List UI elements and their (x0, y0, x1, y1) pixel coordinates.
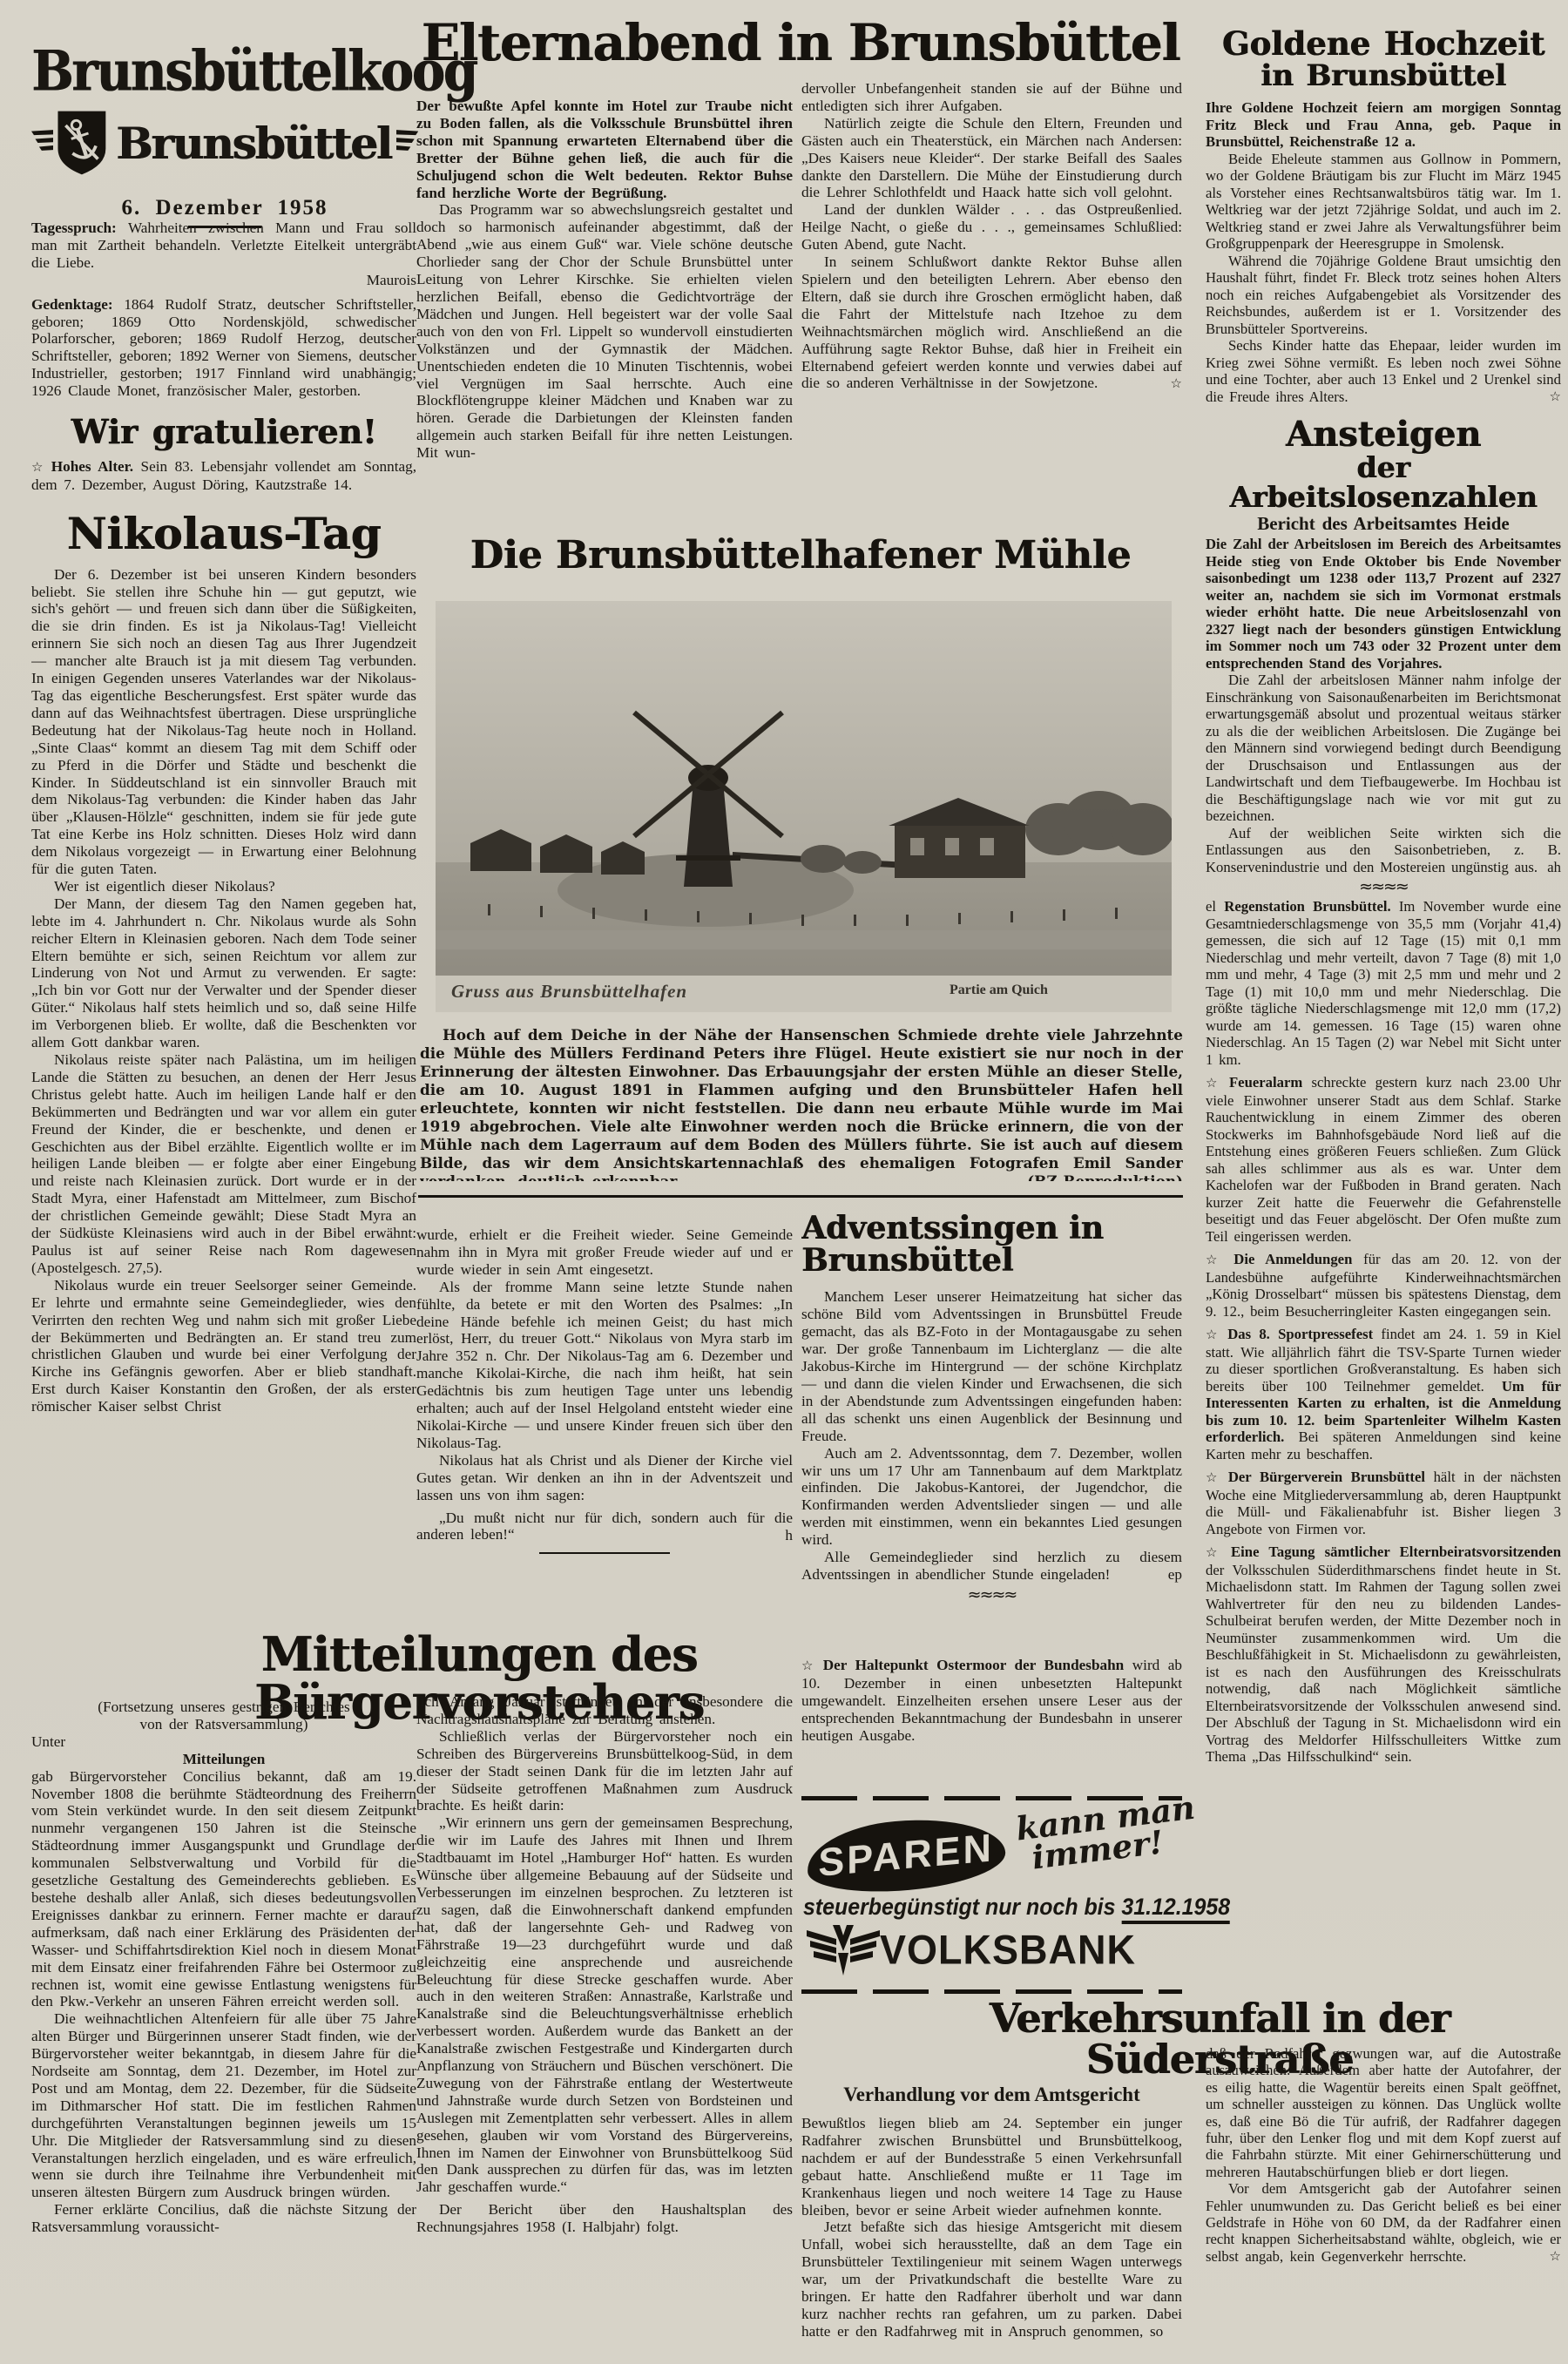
nikolaus-paragraph: Nikolaus reiste später nach Palästina, u… (31, 1051, 416, 1277)
speed-lines-right-icon (396, 124, 418, 162)
star-icon: ☆ (1206, 1252, 1222, 1267)
mitteilungen-paragraph: gab Bürgervorsteher Concilius bekannt, d… (31, 1768, 416, 2011)
verkehrsunfall-paragraph: daß der Radfahrer gezwungen war, auf die… (1206, 2045, 1561, 2180)
anmeldungen-item: ☆ Die Anmeldungen für das am 20. 12. von… (1206, 1251, 1561, 1320)
gedenktage-paragraph: Gedenktage: 1864 Rudolf Stratz, deutsche… (31, 296, 416, 400)
star-icon: ☆ (1206, 1469, 1220, 1485)
goldene-hochzeit-headline-line2: in Brunsbüttel (1206, 61, 1561, 91)
arbeitslose-paragraph: Die Zahl der arbeitslosen Männer nahm in… (1206, 672, 1561, 825)
sportpressefest-lead: Das 8. Sportpressefest (1227, 1326, 1381, 1342)
buergerverein-item: ☆ Der Bürgerverein Brunsbüttel hält in d… (1206, 1469, 1561, 1537)
nikolaus-paragraph: Nikolaus wurde ein treuer Seelsorger sei… (31, 1277, 416, 1415)
mitteilungen-paragraph: Ferner erklärte Concilius, daß die nächs… (31, 2201, 416, 2236)
mitteilungen-note-line2: von der Ratsversammlung) (31, 1716, 416, 1733)
mitteilungen-subhead: Mitteilungen (31, 1751, 416, 1768)
mitteilungen-paragraph: lich Anfang Januar stattfindet, in der i… (416, 1693, 793, 1728)
adventssingen-paragraph: Manchem Leser unserer Heimatzeitung hat … (801, 1288, 1182, 1444)
feueralarm-text: schreckte gestern kurz nach 23.00 Uhr vi… (1206, 1074, 1561, 1245)
nikolaus-paragraph: Als der fromme Mann seine letzte Stunde … (416, 1279, 793, 1452)
star-icon: ☆ (31, 459, 44, 475)
regenstation-prefix: el (1206, 898, 1224, 915)
photo-caption-block: Hoch auf dem Deiche in der Nähe der Hans… (420, 1026, 1183, 1181)
article-end-rule (539, 1552, 670, 1554)
elternabend-paragraph: Das Programm war so abwechslungsreich ge… (416, 201, 793, 462)
ad-subline: steuerbegünstigt nur noch bis 31.12.1958 (803, 1894, 1160, 1921)
elternabend-column-1: Der bewußte Apfel konnte im Hotel zur Tr… (416, 98, 793, 544)
arbeitslose-headline-line2: der Arbeitslosenzahlen (1206, 453, 1561, 511)
buergerverein-lead: Der Bürgerverein Brunsbüttel (1228, 1469, 1434, 1485)
right-column: Goldene Hochzeit in Brunsbüttel Ihre Gol… (1206, 28, 1561, 1989)
nikolaus-paragraph: Der 6. Dezember ist bei unseren Kindern … (31, 566, 416, 878)
regenstation-item: el Regenstation Brunsbüttel. Im November… (1206, 898, 1561, 1068)
squiggle-divider-icon: ≈≈≈≈ (1206, 880, 1561, 894)
feueralarm-lead: Feueralarm (1229, 1074, 1311, 1091)
nikolaus-paragraph: Der Mann, der diesem Tag den Namen gegeb… (31, 895, 416, 1051)
sportpressefest-item: ☆ Das 8. Sportpressefest findet am 24. 1… (1206, 1326, 1561, 1462)
verkehrsunfall-column-2: daß der Radfahrer gezwungen war, auf die… (1206, 2045, 1561, 2364)
goldene-paragraph: Während die 70jährige Goldene Braut umsi… (1206, 253, 1561, 338)
ad-script-text: kann man immer! (1015, 1793, 1200, 1875)
coat-of-arms-shield-icon (57, 98, 107, 187)
volksbank-logo-row: VOLKSBANK (807, 1925, 1136, 1976)
mitteilungen-paragraph: Schließlich verlas der Bürgervorsteher n… (416, 1728, 793, 1815)
nikolaus-continuation-column: wurde, erhielt er die Freiheit wieder. S… (416, 1226, 793, 1611)
ad-bottom-rule (801, 1989, 1182, 1994)
section-rule (418, 1195, 1183, 1198)
nikolaus-paragraph: wurde, erhielt er die Freiheit wieder. S… (416, 1226, 793, 1279)
star-icon: ☆ (1206, 1544, 1221, 1560)
photo-caption-left: Gruss aus Brunsbüttelhafen (451, 981, 687, 1003)
squiggle-divider-icon: ≈≈≈≈ (801, 1588, 1182, 1602)
elternabend-paragraph: dervoller Unbefangenheit standen sie auf… (801, 80, 1182, 115)
masthead-title-line1: Brunsbüttelkoog (31, 38, 418, 104)
feueralarm-item: ☆ Feueralarm schreckte gestern kurz nach… (1206, 1074, 1561, 1245)
hohes-alter-item: ☆ Hohes Alter. Sein 83. Lebensjahr volle… (31, 458, 416, 494)
elternabend-headline: Elternabend in Brunsbüttel (418, 17, 1183, 69)
speed-lines-left-icon (31, 124, 53, 162)
sparen-blob: SPAREN (804, 1812, 1008, 1899)
mitteilungen-note-line1: (Fortsetzung unseres gestrigen Berichtes (31, 1699, 416, 1716)
masthead: Brunsbüttelkoog Brunsbüttel 6. Dezember (31, 38, 418, 228)
star-icon: ☆ (1206, 1327, 1220, 1342)
windmill-photo-illustration (436, 601, 1172, 1012)
tagesspruch-attribution: Maurois (31, 272, 416, 289)
nikolaus-paragraph: Wer ist eigentlich dieser Nikolaus? (31, 878, 416, 895)
gratulieren-headline: Wir gratulieren! (31, 415, 416, 449)
gedenktage-label: Gedenktage: (31, 296, 124, 313)
adventssingen-paragraph: Auch am 2. Adventssonntag, dem 7. Dezemb… (801, 1445, 1182, 1549)
windmill-photo: Gruss aus Brunsbüttelhafen Partie am Qui… (436, 601, 1172, 1012)
regenstation-text: Im November wurde eine Gesamtniederschla… (1206, 898, 1561, 1068)
goldene-hochzeit-headline-line1: Goldene Hochzeit (1206, 28, 1561, 61)
verkehrsunfall-paragraph: Jetzt befaßte sich das hiesige Amtsgeric… (801, 2219, 1182, 2340)
elternabend-column-2: dervoller Unbefangenheit standen sie auf… (801, 80, 1182, 544)
photo-caption-right: Partie am Quich (950, 983, 1048, 998)
tagung-text: der Volksschulen Süderdithmarschens find… (1206, 1562, 1561, 1766)
elternabend-paragraph: Natürlich zeigte die Schule den Eltern, … (801, 115, 1182, 202)
star-icon: ☆ (1206, 1075, 1220, 1091)
verkehrsunfall-column-1: Bewußtlos liegen blieb am 24. September … (801, 2115, 1182, 2364)
mitteilungen-paragraph: „Wir erinnern uns gern der gemeinsamen B… (416, 1814, 793, 2196)
nikolaus-paragraph: Nikolaus hat als Christ und als Diener d… (416, 1452, 793, 1504)
volksbank-eagle-icon (807, 1925, 880, 1976)
tagesspruch-paragraph: Tagesspruch: Wahrheiten zwischen Mann un… (31, 220, 416, 272)
arbeitslose-headline-line1: Ansteigen (1206, 417, 1561, 453)
tagesspruch-label: Tagesspruch: (31, 220, 128, 236)
mitteilungen-column-1: (Fortsetzung unseres gestrigen Berichtes… (31, 1699, 416, 2364)
mitteilungen-paragraph: Die weihnachtlichen Altenfeiern für alle… (31, 2010, 416, 2201)
photo-caption-text: Hoch auf dem Deiche in der Nähe der Hans… (420, 1026, 1183, 1181)
issue-date: 6. Dezember 1958 (31, 196, 418, 220)
elternabend-lead: Der bewußte Apfel konnte im Hotel zur Tr… (416, 98, 793, 201)
arbeitslose-lead: Die Zahl der Arbeitslosen im Bereich des… (1206, 536, 1561, 672)
masthead-title-line2: Brunsbüttel (116, 118, 391, 169)
arbeitslose-paragraph: Auf der weiblichen Seite wirkten sich di… (1206, 825, 1561, 876)
volksbank-advertisement: SPAREN kann man immer! steuerbegünstigt … (801, 1807, 1182, 1985)
muehle-headline: Die Brunsbüttelhafener Mühle (418, 537, 1183, 576)
mitteilungen-unter: Unter (31, 1733, 416, 1751)
adventssingen-headline: Adventssingen in Brunsbüttel (801, 1212, 1182, 1276)
goldene-paragraph: Beide Eheleute stammen aus Gollnow in Po… (1206, 151, 1561, 253)
hohes-alter-lead: Hohes Alter. (51, 458, 141, 475)
newspaper-page: Brunsbüttelkoog Brunsbüttel 6. Dezember (0, 0, 1568, 2364)
arbeitslose-subhead: Bericht des Arbeitsamtes Heide (1206, 516, 1561, 533)
mitteilungen-column-2: lich Anfang Januar stattfindet, in der i… (416, 1693, 793, 2364)
volksbank-text: VOLKSBANK (880, 1927, 1136, 1975)
ad-subline-text: steuerbegünstigt nur noch bis (803, 1894, 1121, 1920)
left-column: Tagesspruch: Wahrheiten zwischen Mann un… (31, 220, 416, 1635)
tagung-lead: Eine Tagung sämtlicher Elternbeiratsvors… (1231, 1543, 1561, 1560)
verkehrsunfall-paragraph: Bewußtlos liegen blieb am 24. September … (801, 2115, 1182, 2219)
mitteilungen-paragraph: Der Bericht über den Haushaltsplan des R… (416, 2201, 793, 2236)
regenstation-lead: Regenstation Brunsbüttel. (1224, 898, 1399, 915)
sparen-text: SPAREN (818, 1825, 993, 1886)
adventssingen-article: Adventssingen in Brunsbüttel Manchem Les… (801, 1212, 1182, 1622)
nikolaus-headline: Nikolaus-Tag (31, 511, 416, 556)
tagung-item: ☆ Eine Tagung sämtlicher Elternbeiratsvo… (1206, 1543, 1561, 1766)
elternabend-paragraph: In seinem Schlußwort dankte Rektor Buhse… (801, 253, 1182, 392)
verkehrsunfall-subhead: Verhandlung vor dem Amtsgericht (801, 2084, 1182, 2106)
elternabend-paragraph: Land der dunklen Wälder . . . das Ostpre… (801, 201, 1182, 253)
anmeldungen-lead: Die Anmeldungen (1233, 1251, 1363, 1267)
goldene-lead: Ihre Goldene Hochzeit feiern am morgigen… (1206, 99, 1561, 151)
